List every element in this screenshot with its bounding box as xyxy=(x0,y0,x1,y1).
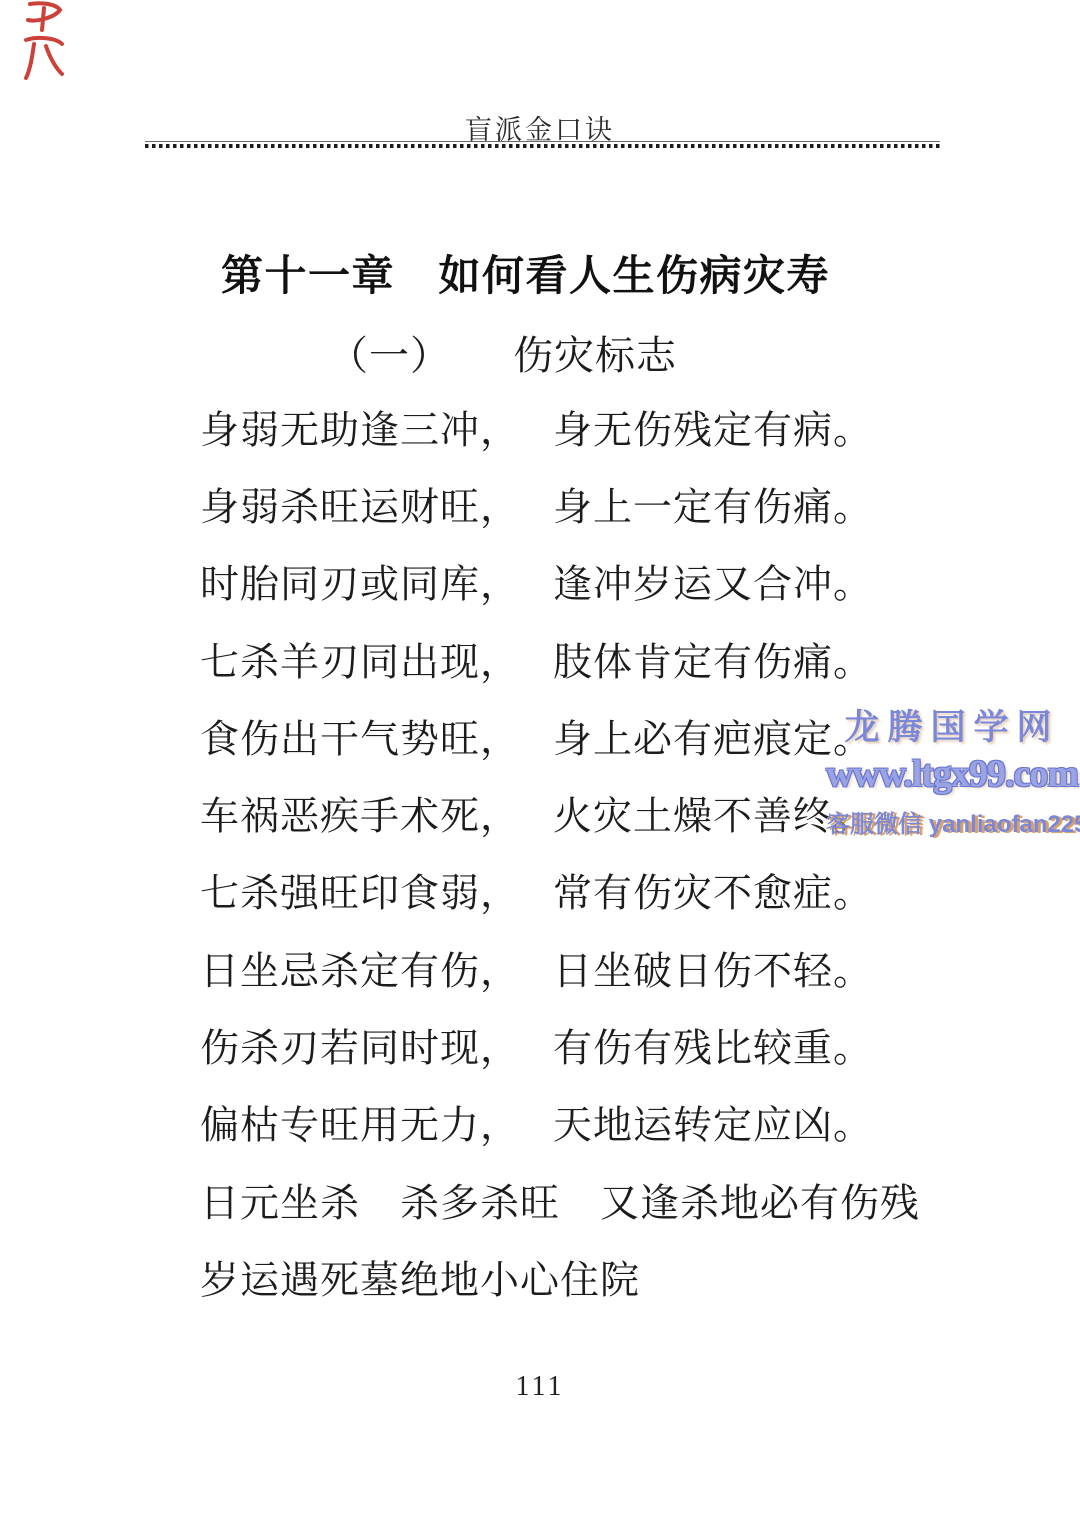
verse-left-half: 身弱杀旺运财旺， xyxy=(200,488,520,527)
verse-block: 身弱无助逢三冲，身无伤残定有病。身弱杀旺运财旺，身上一定有伤痛。时胎同刃或同库，… xyxy=(200,392,1060,1320)
verse-right-half: 天地运转定应凶。 xyxy=(553,1107,873,1146)
verse-right-half: 火灾土燥不善终。 xyxy=(553,798,873,837)
verse-line: 身弱无助逢三冲，身无伤残定有病。 xyxy=(200,392,1060,469)
verse-line: 日元坐杀 杀多杀旺 又逢杀地必有伤残 xyxy=(200,1165,1060,1242)
verse-line: 七杀羊刃同出现，肢体肯定有伤痛。 xyxy=(200,624,1060,701)
verse-left-half: 七杀强旺印食弱， xyxy=(200,875,520,914)
verse-right-half: 有伤有残比较重。 xyxy=(553,1030,873,1069)
section-title: （一） 伤灾标志 xyxy=(328,324,677,381)
verse-right-half: 日坐破日伤不轻。 xyxy=(553,952,873,991)
verse-left-half: 车祸恶疾手术死， xyxy=(200,798,520,837)
verse-left-half: 身弱无助逢三冲， xyxy=(200,411,520,450)
verse-left-half: 七杀羊刃同出现， xyxy=(200,643,520,682)
verse-left-half: 日坐忌杀定有伤， xyxy=(200,952,520,991)
verse-left-half: 伤杀刃若同时现， xyxy=(200,1030,520,1069)
verse-right-half: 肢体肯定有伤痛。 xyxy=(553,643,873,682)
verse-left-half: 时胎同刃或同库， xyxy=(200,566,520,605)
verse-full-line: 日元坐杀 杀多杀旺 又逢杀地必有伤残 xyxy=(200,1184,920,1223)
verse-left-half: 偏枯专旺用无力， xyxy=(200,1107,520,1146)
verse-right-half: 身上一定有伤痛。 xyxy=(553,488,873,527)
verse-line: 日坐忌杀定有伤，日坐破日伤不轻。 xyxy=(200,933,1060,1010)
verse-line: 身弱杀旺运财旺，身上一定有伤痛。 xyxy=(200,469,1060,546)
chapter-title: 第十一章 如何看人生伤病灾寿 xyxy=(221,243,830,303)
verse-right-half: 身无伤残定有病。 xyxy=(553,411,873,450)
book-page: 盲派金口诀 第十一章 如何看人生伤病灾寿 （一） 伤灾标志 身弱无助逢三冲，身无… xyxy=(0,0,1080,1534)
verse-line: 时胎同刃或同库，逢冲岁运又合冲。 xyxy=(200,547,1060,624)
header-divider-rule xyxy=(145,141,940,148)
verse-right-half: 逢冲岁运又合冲。 xyxy=(553,566,873,605)
verse-line: 偏枯专旺用无力，天地运转定应凶。 xyxy=(200,1088,1060,1165)
verse-line: 伤杀刃若同时现，有伤有残比较重。 xyxy=(200,1010,1060,1087)
verse-line: 车祸恶疾手术死，火灾土燥不善终。 xyxy=(200,778,1060,855)
verse-line: 食伤出干气势旺，身上必有疤痕定。 xyxy=(200,701,1060,778)
page-number: 111 xyxy=(0,1371,1080,1403)
verse-line: 七杀强旺印食弱，常有伤灾不愈症。 xyxy=(200,856,1060,933)
verse-right-half: 常有伤灾不愈症。 xyxy=(553,875,873,914)
verse-line: 岁运遇死墓绝地小心住院 xyxy=(200,1242,1060,1319)
verse-right-half: 身上必有疤痕定。 xyxy=(553,720,873,759)
verse-full-line: 岁运遇死墓绝地小心住院 xyxy=(200,1261,640,1300)
red-ink-mark xyxy=(16,0,72,84)
verse-left-half: 食伤出干气势旺， xyxy=(200,720,520,759)
